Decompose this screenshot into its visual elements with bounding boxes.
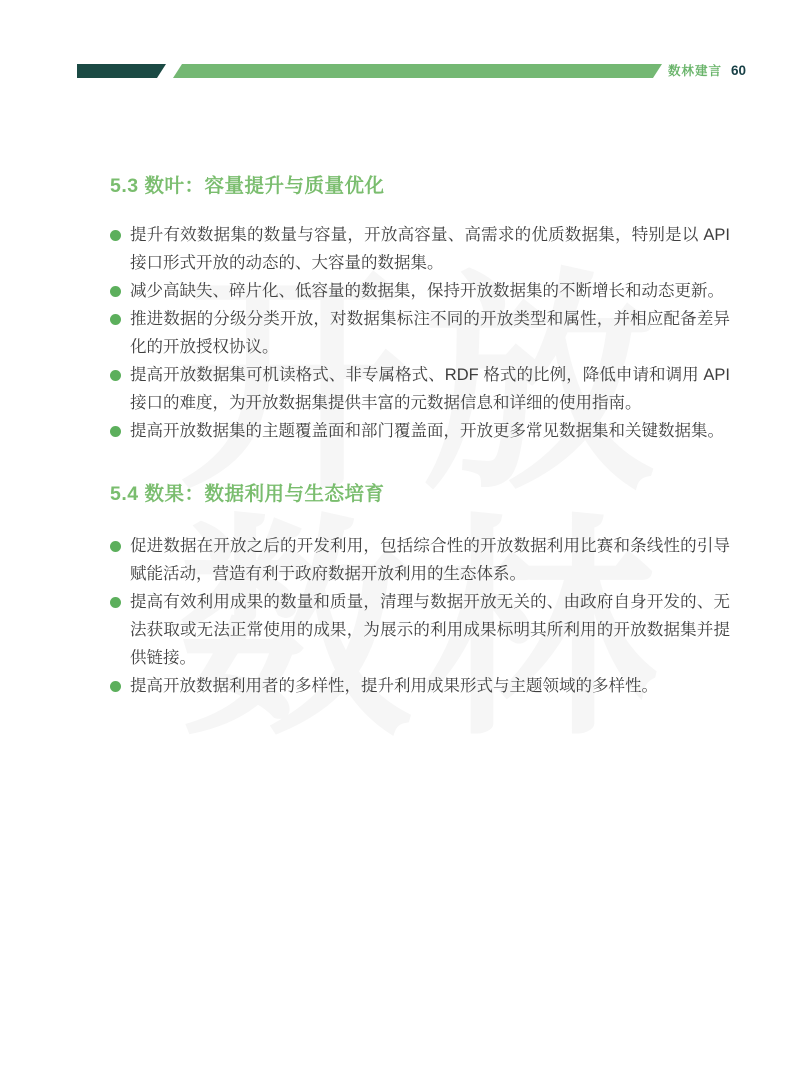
list-item: 提高开放数据集可机读格式、非专属格式、RDF 格式的比例，降低申请和调用 API… xyxy=(110,361,730,417)
document-page: 开放 数林 数林建言 60 5.3 数叶：容量提升与质量优化 提升有效数据集的数… xyxy=(0,0,793,1077)
bullet-dot-icon xyxy=(110,681,121,692)
list-item: 提高有效利用成果的数量和质量，清理与数据开放无关的、由政府自身开发的、无法获取或… xyxy=(110,588,730,672)
bullet-text: 促进数据在开放之后的开发利用，包括综合性的开放数据利用比赛和条线性的引导赋能活动… xyxy=(130,537,730,583)
list-item: 提高开放数据集的主题覆盖面和部门覆盖面，开放更多常见数据集和关键数据集。 xyxy=(110,417,730,445)
bullet-text: 提高有效利用成果的数量和质量，清理与数据开放无关的、由政府自身开发的、无法获取或… xyxy=(130,593,730,667)
list-item: 减少高缺失、碎片化、低容量的数据集，保持开放数据集的不断增长和动态更新。 xyxy=(110,277,730,305)
page-content: 5.3 数叶：容量提升与质量优化 提升有效数据集的数量与容量，开放高容量、高需求… xyxy=(0,0,793,1077)
bullet-dot-icon xyxy=(110,370,121,381)
bullet-text: 提高开放数据集可机读格式、非专属格式、RDF 格式的比例，降低申请和调用 API… xyxy=(130,366,730,412)
bullet-dot-icon xyxy=(110,230,121,241)
bullet-text: 提高开放数据集的主题覆盖面和部门覆盖面，开放更多常见数据集和关键数据集。 xyxy=(130,422,724,440)
list-item: 促进数据在开放之后的开发利用，包括综合性的开放数据利用比赛和条线性的引导赋能活动… xyxy=(110,532,730,588)
bullet-list-5-3: 提升有效数据集的数量与容量，开放高容量、高需求的优质数据集，特别是以 API 接… xyxy=(110,221,730,445)
list-item: 推进数据的分级分类开放，对数据集标注不同的开放类型和属性，并相应配备差异化的开放… xyxy=(110,305,730,361)
bullet-text: 减少高缺失、碎片化、低容量的数据集，保持开放数据集的不断增长和动态更新。 xyxy=(130,282,724,300)
bullet-dot-icon xyxy=(110,541,121,552)
bullet-text: 推进数据的分级分类开放，对数据集标注不同的开放类型和属性，并相应配备差异化的开放… xyxy=(130,310,730,356)
section-heading-5-3: 5.3 数叶：容量提升与质量优化 xyxy=(110,170,385,198)
section-heading-5-4: 5.4 数果：数据利用与生态培育 xyxy=(110,478,385,506)
bullet-dot-icon xyxy=(110,426,121,437)
list-item: 提高开放数据利用者的多样性，提升利用成果形式与主题领域的多样性。 xyxy=(110,672,730,700)
bullet-text: 提高开放数据利用者的多样性，提升利用成果形式与主题领域的多样性。 xyxy=(130,677,658,695)
bullet-dot-icon xyxy=(110,597,121,608)
bullet-list-5-4: 促进数据在开放之后的开发利用，包括综合性的开放数据利用比赛和条线性的引导赋能活动… xyxy=(110,532,730,700)
list-item: 提升有效数据集的数量与容量，开放高容量、高需求的优质数据集，特别是以 API 接… xyxy=(110,221,730,277)
bullet-dot-icon xyxy=(110,286,121,297)
bullet-dot-icon xyxy=(110,314,121,325)
bullet-text: 提升有效数据集的数量与容量，开放高容量、高需求的优质数据集，特别是以 API 接… xyxy=(130,226,730,272)
